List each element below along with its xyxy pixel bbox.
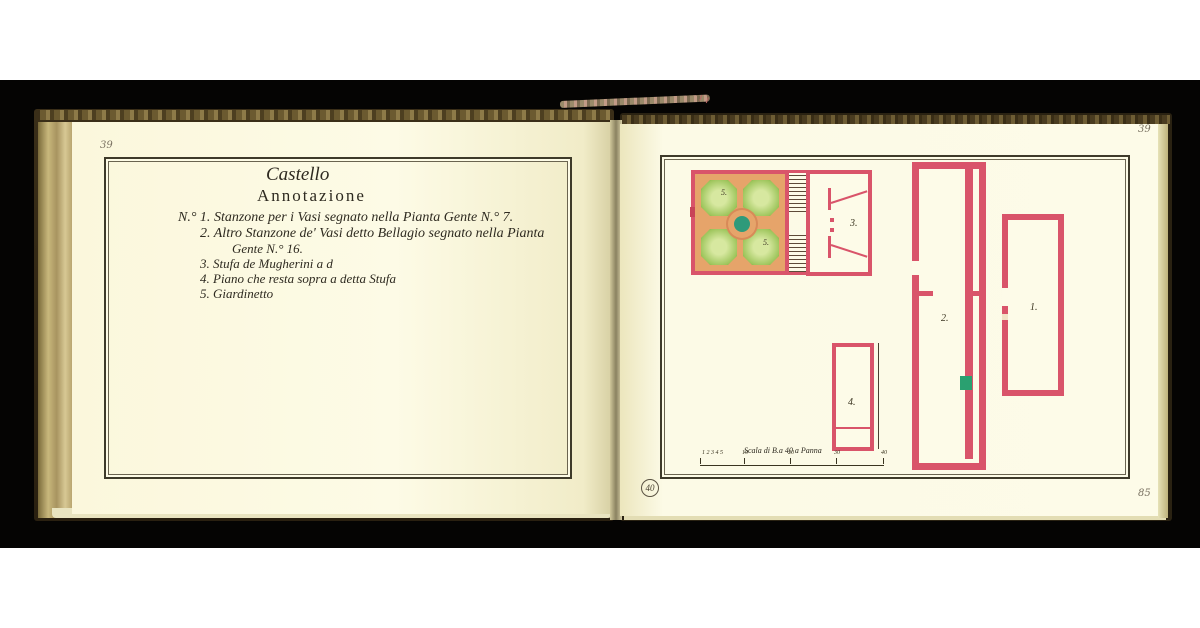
wall bbox=[965, 169, 973, 459]
fountain-pond bbox=[734, 216, 750, 232]
annotation-1: N.° 1. Stanzone per i Vasi segnato nella… bbox=[178, 210, 513, 226]
wall bbox=[919, 291, 933, 296]
pillar bbox=[830, 228, 834, 232]
annotation-3: 3. Stufa de Mugherini a d bbox=[200, 256, 333, 272]
page-edges-right bbox=[1158, 124, 1168, 518]
annotation-text: Stufa de Mugherini a d bbox=[213, 256, 333, 271]
plan-room-4-piano: 4. bbox=[832, 343, 874, 451]
left-folio-number: 39 bbox=[100, 140, 113, 151]
doorway bbox=[1002, 288, 1008, 306]
scale-tick bbox=[700, 458, 701, 464]
annotation-text: Giardinetto bbox=[213, 286, 273, 301]
annotation-4: 4. Piano che resta sopra a detta Stufa bbox=[200, 271, 396, 287]
garden-bed bbox=[701, 229, 737, 265]
scale-tick bbox=[790, 458, 791, 464]
room-label-3: 3. bbox=[850, 218, 858, 229]
wall bbox=[836, 427, 870, 429]
circled-page-number: 40 bbox=[641, 479, 659, 497]
bottom-folio-number: 85 bbox=[1138, 488, 1151, 499]
page-edges-left bbox=[38, 122, 72, 518]
plan-room-3-stufa: 3. bbox=[806, 170, 872, 276]
garden-bed bbox=[701, 180, 737, 216]
annotation-text: Gente N.° 16. bbox=[232, 241, 303, 256]
wall bbox=[831, 244, 868, 258]
annotation-number: 3. bbox=[200, 256, 210, 271]
annotation-text: Stanzone per i Vasi segnato nella Pianta… bbox=[214, 210, 513, 225]
pillar bbox=[830, 218, 834, 222]
garden-gate bbox=[690, 207, 695, 217]
gilt-edge-top-left bbox=[40, 110, 610, 120]
annotation-number: 4. bbox=[200, 271, 210, 286]
plan-room-2-bellagio: 2. bbox=[912, 162, 986, 470]
scale-bar: 1 2 3 4 5 10 20 30 40 bbox=[700, 461, 884, 466]
fountain-ring bbox=[728, 210, 756, 238]
garden-label-5a: 5. bbox=[721, 188, 727, 197]
scale-label: 1 2 3 4 5 bbox=[702, 450, 723, 456]
annotation-text: Altro Stanzone de' Vasi detto Bellagio s… bbox=[214, 226, 545, 241]
scale-caption: Scala di B.a 40 a Panna bbox=[744, 446, 822, 455]
annotation-number: N.° 1. bbox=[178, 210, 210, 225]
scale-label: 10 bbox=[742, 450, 748, 456]
garden-label-5b: 5. bbox=[763, 238, 769, 247]
plan-stairs-lower bbox=[789, 232, 807, 272]
scale-label: 30 bbox=[834, 450, 840, 456]
heading-castello: Castello bbox=[266, 164, 329, 186]
window bbox=[1002, 314, 1008, 320]
gilt-edge-top-right bbox=[622, 115, 1170, 124]
annotation-text: Piano che resta sopra a detta Stufa bbox=[213, 271, 396, 286]
annotation-number: 2. bbox=[200, 226, 211, 241]
room-label-2: 2. bbox=[941, 313, 949, 324]
scale-label: 40 bbox=[881, 450, 887, 456]
annotation-number: 5. bbox=[200, 286, 210, 301]
wall bbox=[789, 272, 807, 275]
heading-annotazione: Annotazione bbox=[257, 186, 366, 206]
garden-paths bbox=[695, 174, 785, 271]
wall bbox=[831, 190, 868, 204]
room-label-1: 1. bbox=[1030, 302, 1038, 313]
plan-garden-giardinetto: 5. 5. bbox=[691, 170, 789, 275]
doorway bbox=[912, 261, 919, 275]
wall bbox=[789, 170, 807, 173]
wall bbox=[828, 188, 831, 210]
room-label-4: 4. bbox=[848, 397, 856, 408]
annotation-2-continued: Gente N.° 16. bbox=[232, 241, 303, 257]
right-folio-number: 39 bbox=[1138, 124, 1151, 135]
scale-tick bbox=[836, 458, 837, 464]
annotation-2: 2. Altro Stanzone de' Vasi detto Bellagi… bbox=[200, 226, 544, 242]
plan-stairs-upper bbox=[789, 172, 807, 212]
stove-marker bbox=[960, 376, 972, 390]
scale-tick bbox=[883, 458, 884, 464]
scale-label: 20 bbox=[788, 450, 794, 456]
plan-room-4-outline bbox=[874, 343, 879, 449]
annotation-5: 5. Giardinetto bbox=[200, 286, 273, 302]
wall bbox=[828, 236, 831, 258]
scale-tick bbox=[744, 458, 745, 464]
plan-room-1-stanzone: 1. bbox=[1002, 214, 1064, 396]
